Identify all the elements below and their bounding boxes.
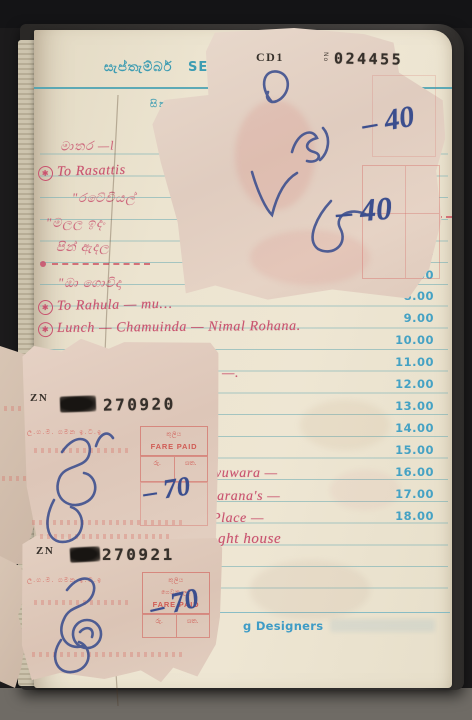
time-label: 18.00 bbox=[392, 509, 434, 523]
stain bbox=[250, 560, 370, 620]
note-marker-icon: ✱ bbox=[38, 322, 53, 337]
stain bbox=[330, 470, 400, 510]
receipt-amount-lower: – 40 bbox=[334, 190, 393, 232]
time-label: 10.00 bbox=[392, 333, 434, 347]
time-label: 14.00 bbox=[392, 421, 434, 435]
handwritten-note: ✱Lunch — Chamuinda — Nimal Rohana. bbox=[38, 319, 301, 337]
ticket-number: 270920 bbox=[103, 394, 176, 414]
ticket-issuer-line: ල.ග.ම. ගමන ඉ.ට.ඉ bbox=[27, 428, 102, 437]
ticket-print-row bbox=[32, 652, 182, 657]
handwritten-note: ✱To Rasattis bbox=[38, 163, 126, 181]
photo-background: සැප්තැම්බර් SEPT සිකුරාදා F 6.00 7.00 8.… bbox=[0, 0, 472, 720]
note-text: To Rahula — mu… bbox=[57, 297, 173, 314]
red-dot bbox=[40, 261, 46, 267]
fare-line1: කුලිය bbox=[168, 577, 183, 585]
ticket-prefix: ZN bbox=[36, 545, 54, 557]
ticket-print-row bbox=[34, 448, 130, 453]
ghost-smudge bbox=[330, 619, 435, 632]
time-label: 16.00 bbox=[392, 465, 434, 479]
note-text: To Rasattis bbox=[57, 163, 126, 180]
handwritten-note: "ඔා ගොවිදා bbox=[58, 276, 122, 291]
time-label: 13.00 bbox=[392, 399, 434, 413]
stain bbox=[300, 400, 390, 450]
note-marker-icon: ✱ bbox=[38, 300, 53, 315]
time-label: 11.00 bbox=[392, 355, 434, 369]
fare-line1: කුලිය bbox=[166, 431, 181, 439]
handwritten-note: Place — bbox=[212, 511, 264, 527]
handwritten-note: ght house bbox=[218, 531, 281, 548]
receipt-serial: 024455 bbox=[334, 49, 403, 68]
handwritten-note: "මලල ඉදං bbox=[46, 216, 106, 231]
footer-designers-text: g Designers bbox=[243, 619, 323, 633]
handwritten-note: මාතර —l bbox=[60, 139, 115, 155]
ticket-stamp-smudge bbox=[60, 395, 97, 412]
note-text: Lunch — Chamuinda — Nimal Rohana. bbox=[57, 319, 301, 336]
red-dashed-line bbox=[52, 263, 150, 265]
note-marker-icon: ✱ bbox=[38, 166, 53, 181]
ticket-number: 270921 bbox=[102, 545, 175, 564]
fare-paid-box: කුලිය FARE PAID bbox=[140, 426, 208, 456]
ticket-print-row bbox=[34, 600, 130, 605]
ticket-stamp-smudge bbox=[70, 546, 101, 563]
handwritten-note: "රටේවියල් bbox=[72, 191, 136, 206]
ticket-print-row bbox=[40, 534, 170, 539]
handwritten-note: ✱To Rahula — mu… bbox=[38, 297, 173, 315]
time-label: 15.00 bbox=[392, 443, 434, 457]
receipt-code: CD1 bbox=[256, 50, 284, 65]
ticket-print-row bbox=[32, 520, 182, 525]
receipt-print-smudge bbox=[250, 230, 370, 285]
time-label: 17.00 bbox=[392, 487, 434, 501]
receipt-serial-prefix: No bbox=[322, 52, 329, 62]
handwritten-note: පින් ඇදල bbox=[56, 240, 110, 255]
month-label-si: සැප්තැම්බර් bbox=[104, 60, 172, 75]
time-label: 12.00 bbox=[392, 377, 434, 391]
handwritten-note: —. bbox=[222, 366, 239, 382]
time-label: 9.00 bbox=[392, 311, 434, 325]
receipt-print-smudge bbox=[235, 100, 315, 210]
fare-paid-label: FARE PAID bbox=[151, 442, 198, 451]
ticket-issuer-line: ල.ග.ම. ගමන ඉ.ට.ඉ bbox=[27, 576, 102, 585]
ticket-prefix: ZN bbox=[30, 392, 48, 404]
